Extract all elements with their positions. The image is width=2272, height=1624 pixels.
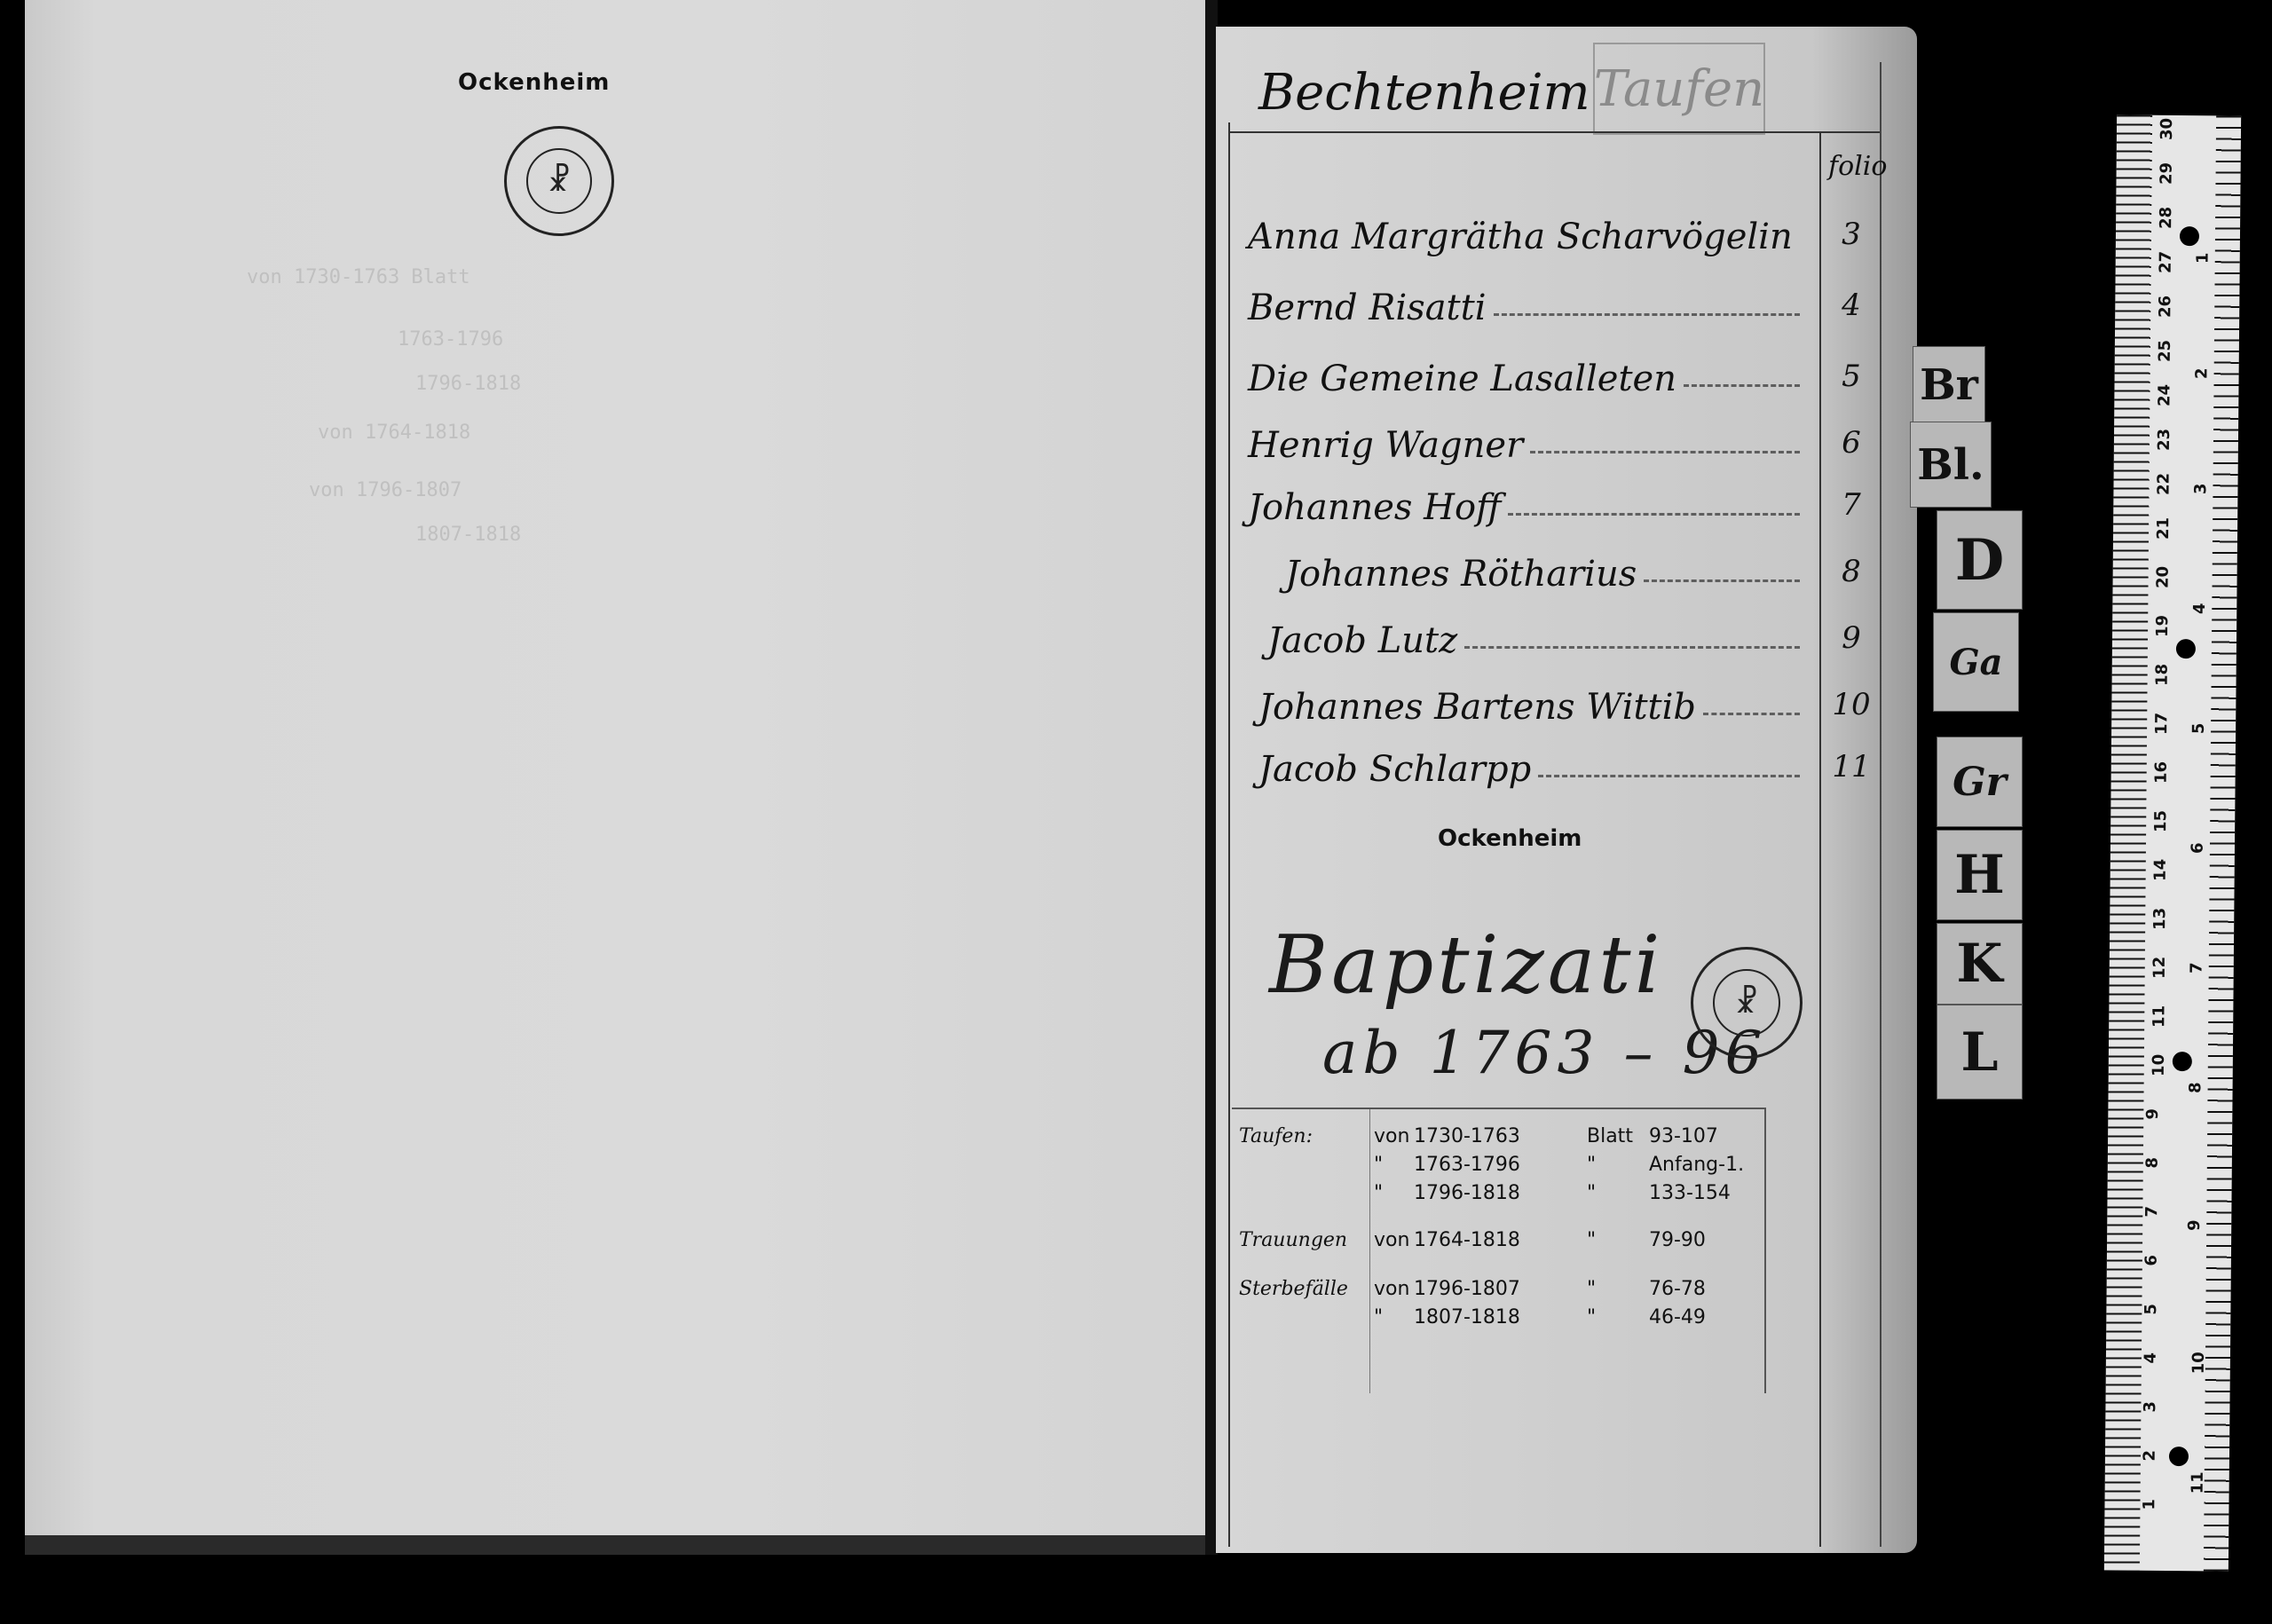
ockenheim-stamp: Ockenheim [1438,825,1582,852]
frame-line [1880,62,1881,1547]
inch-label: 8 [2186,1082,2205,1093]
inch-label: 5 [2189,722,2208,734]
index-years: 1764-1818 [1414,1229,1520,1251]
cm-label: 18 [2153,664,2172,686]
inch-label: 7 [2187,962,2205,974]
index-category: Trauungen [1239,1229,1347,1251]
cm-label: 17 [2152,713,2171,735]
register-entry: Johannes Bartens Wittib 10 [1232,674,1880,728]
index-row: Trauungen von 1764-1818 " 79-90 [1232,1229,1764,1256]
baptizati-heading: Baptizati [1269,918,1663,1012]
entry-name: Die Gemeine Lasalleten [1232,359,1676,399]
register-entry: Anna Margrätha Scharvögelin 3 [1232,204,1880,257]
index-von: " [1374,1182,1383,1204]
ruler-hole [2169,1447,2189,1466]
register-entry: Henrig Wagner 6 [1232,413,1880,466]
inch-label: 6 [2189,842,2207,854]
index-years: 1730-1763 [1414,1125,1520,1147]
index-von: von [1374,1278,1409,1300]
entry-folio: 3 [1825,217,1878,252]
entry-name: Henrig Wagner [1232,425,1523,466]
chi-rho-icon: ☧ [526,148,592,214]
index-tab-l[interactable]: L [1937,1005,2023,1100]
cm-label: 14 [2151,859,2170,881]
entry-name: Anna Margrätha Scharvögelin [1232,217,1793,257]
cm-label: 3 [2141,1401,2159,1413]
ruler-hole [2173,1052,2192,1071]
cm-label: 2 [2141,1450,2159,1462]
ockenheim-stamp: Ockenheim [458,69,610,96]
inch-ticks [2204,115,2241,1571]
show-through-text: 1763-1796 [398,328,503,351]
entry-folio: 7 [1825,487,1878,523]
register-entry: Die Gemeine Lasalleten 5 [1232,346,1880,399]
dash-leader [1508,513,1800,516]
inch-label: 11 [2189,1471,2207,1494]
index-years: 1807-1818 [1414,1306,1520,1328]
show-through-text: von 1730-1763 Blatt [247,266,470,288]
cm-label: 1 [2140,1499,2158,1510]
index-tab-h[interactable]: H [1937,830,2023,920]
record-index-table: Taufen: von 1730-1763 Blatt 93-107 " 176… [1232,1108,1766,1393]
index-blatt: " [1587,1278,1596,1300]
dash-leader [1464,646,1800,649]
cm-label: 22 [2154,473,2173,495]
ruler-hole [2180,226,2199,246]
show-through-text: 1807-1818 [415,524,521,546]
cm-label: 10 [2150,1054,2168,1076]
cm-label: 28 [2157,207,2175,229]
cm-label: 29 [2158,162,2176,185]
index-tab-gr[interactable]: Gr [1937,737,2023,827]
index-row: " 1796-1818 " 133-154 [1232,1182,1764,1209]
entry-folio: 8 [1825,554,1878,589]
cm-label: 6 [2142,1255,2161,1266]
left-page-inside-cover: von 1730-1763 Blatt 1763-1796 1796-1818 … [25,0,1205,1555]
entry-name: Johannes Rötharius [1232,554,1637,595]
index-tab-d[interactable]: D [1937,510,2023,610]
register-entry: Jacob Lutz 9 [1232,608,1880,661]
cm-label: 27 [2157,251,2175,273]
entry-folio: 10 [1825,687,1878,722]
inch-label: 3 [2191,483,2210,494]
index-pages: Anfang-1. [1649,1154,1744,1176]
frame-line [1228,122,1230,1547]
index-tab-k[interactable]: K [1937,923,2023,1005]
index-row: " 1763-1796 " Anfang-1. [1232,1154,1764,1180]
entry-folio: 5 [1825,359,1878,394]
show-through-text: 1796-1818 [415,373,521,395]
index-pages: 133-154 [1649,1182,1731,1204]
dash-leader [1684,384,1800,387]
dash-leader [1644,579,1800,582]
cm-label: 9 [2143,1108,2162,1120]
chi-rho-icon: ☧ [1713,969,1780,1037]
dash-leader [1538,775,1800,777]
index-blatt: " [1587,1154,1596,1176]
entry-name: Bernd Risatti [1232,288,1487,328]
taufen-stamp: Taufen [1593,43,1765,135]
show-through-text: von 1764-1818 [318,422,470,444]
cm-label: 5 [2142,1304,2160,1315]
measurement-ruler: 30 29 28 27 26 25 24 23 22 21 20 19 18 1… [2104,114,2241,1571]
index-row: Sterbefälle von 1796-1807 " 76-78 [1232,1278,1764,1305]
register-entry: Bernd Risatti 4 [1232,275,1880,328]
cm-label: 15 [2151,810,2170,832]
inch-label: 2 [2192,367,2211,379]
register-entry: Johannes Hoff 7 [1232,475,1880,528]
cm-label: 30 [2158,118,2176,140]
index-category: Sterbefälle [1239,1278,1348,1300]
page-title: Bechtenheim [1258,64,1590,122]
index-tab-br[interactable]: Br [1913,346,1985,423]
index-blatt: Blatt [1587,1125,1633,1147]
cm-label: 7 [2142,1206,2161,1218]
cm-label: 13 [2150,908,2169,930]
folio-header: folio [1828,151,1887,182]
cm-label: 23 [2155,429,2173,451]
entry-name: Johannes Hoff [1232,487,1501,528]
show-through-text: von 1796-1807 [309,479,461,501]
cm-label: 4 [2142,1352,2160,1364]
register-entry: Jacob Schlarpp 11 [1232,737,1880,790]
inch-label: 9 [2185,1219,2204,1231]
cm-label: 8 [2143,1157,2162,1169]
index-tab-bl[interactable]: Bl. [1910,422,1992,508]
parish-seal: ☧ [1691,947,1803,1059]
index-years: 1796-1807 [1414,1278,1520,1300]
entry-name: Johannes Bartens Wittib [1232,687,1696,728]
entry-folio: 9 [1825,620,1878,656]
inch-label: 10 [2189,1352,2208,1374]
parish-seal: ☧ [504,126,614,236]
index-pages: 93-107 [1649,1125,1718,1147]
entry-folio: 6 [1825,425,1878,461]
index-row: Taufen: von 1730-1763 Blatt 93-107 [1232,1125,1764,1152]
dash-leader [1494,313,1801,316]
entry-folio: 4 [1825,288,1878,323]
cm-label: 20 [2154,566,2173,588]
ruler-hole [2176,639,2196,658]
cm-label: 19 [2153,615,2172,637]
inch-label: 4 [2190,603,2209,614]
frame-line [1228,131,1881,133]
index-blatt: " [1587,1229,1596,1251]
entry-folio: 11 [1825,749,1878,784]
index-blatt: " [1587,1306,1596,1328]
index-years: 1796-1818 [1414,1182,1520,1204]
index-von: " [1374,1154,1383,1176]
cm-label: 11 [2150,1005,2168,1028]
frame-line [1819,131,1821,1547]
index-von: von [1374,1125,1409,1147]
index-blatt: " [1587,1182,1596,1204]
index-von: " [1374,1306,1383,1328]
dash-leader [1703,713,1800,715]
right-page-register: Bechtenheim Taufen folio Anna Margrätha … [1216,27,1917,1553]
cm-label: 24 [2155,384,2173,406]
index-category: Taufen: [1239,1125,1313,1147]
cm-label: 21 [2154,517,2173,540]
index-pages: 76-78 [1649,1278,1706,1300]
index-von: von [1374,1229,1409,1251]
cm-label: 12 [2150,957,2169,979]
cm-label: 25 [2156,340,2174,362]
entry-name: Jacob Schlarpp [1232,749,1531,790]
cm-label: 16 [2152,761,2171,784]
index-years: 1763-1796 [1414,1154,1520,1176]
dash-leader [1530,451,1800,453]
inch-label: 1 [2193,252,2212,264]
index-tab-ga[interactable]: Ga [1933,612,2019,712]
index-row: " 1807-1818 " 46-49 [1232,1306,1764,1333]
index-pages: 46-49 [1649,1306,1706,1328]
register-entry: Johannes Rötharius 8 [1232,541,1880,595]
index-pages: 79-90 [1649,1229,1706,1251]
entry-name: Jacob Lutz [1232,620,1457,661]
cm-label: 26 [2156,296,2174,318]
